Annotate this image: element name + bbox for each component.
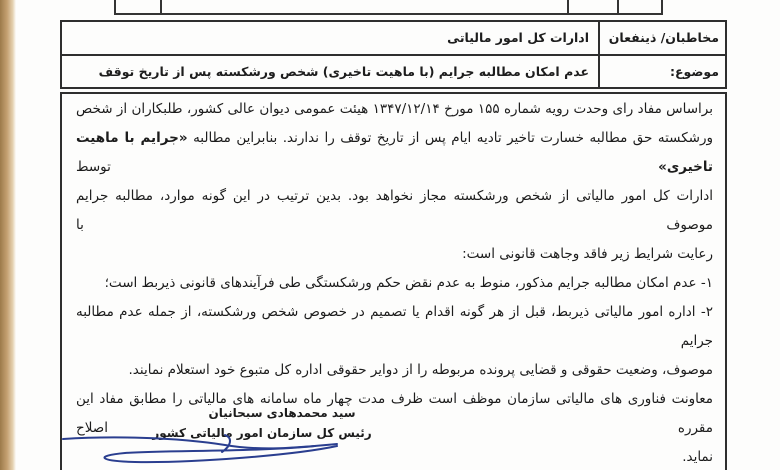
body-text: ۱- عدم امکان مطالبه جرایم مذکور، منوط به…	[105, 275, 713, 291]
table-border-line	[114, 0, 116, 13]
body-line: ۲- اداره امور مالیاتی ذیربط، قبل از هر گ…	[76, 298, 713, 356]
letter-body-box: براساس مفاد رای وحدت رویه شماره ۱۵۵ مورخ…	[60, 92, 727, 470]
addressees-label: مخاطبان/ ذینفعان	[598, 22, 725, 54]
scanned-letter-page: مخاطبان/ ذینفعان ادارات کل امور مالیاتی …	[0, 0, 780, 470]
letter-header-table: مخاطبان/ ذینفعان ادارات کل امور مالیاتی …	[60, 20, 727, 89]
body-text: ادارات کل امور مالیاتی از شخص ورشکسته مج…	[76, 188, 713, 233]
subject-value: عدم امکان مطالبه جرایم (با ماهیت تاخیری)…	[62, 56, 598, 88]
table-border-line	[617, 0, 619, 13]
body-line: موصوف، وضعیت حقوقی و قضایی پرونده مربوطه…	[76, 356, 713, 385]
body-text: موصوف، وضعیت حقوقی و قضایی پرونده مربوطه…	[129, 362, 714, 378]
body-text: نماید.	[682, 449, 713, 465]
signature-ink	[55, 425, 355, 470]
letter-body-text: براساس مفاد رای وحدت رویه شماره ۱۵۵ مورخ…	[76, 95, 713, 470]
signatory-name: سید محمدهادی سبحانیان	[208, 406, 355, 420]
table-border-line	[567, 0, 569, 13]
body-text: رعایت شرایط زیر فاقد وجاهت قانونی است:	[462, 246, 713, 262]
body-line: ادارات کل امور مالیاتی از شخص ورشکسته مج…	[76, 182, 713, 240]
table-border-line	[160, 0, 162, 13]
body-text: ورشکسته حق مطالبه خسارت تاخیر تادیه ایام…	[188, 130, 713, 146]
addressees-value: ادارات کل امور مالیاتی	[62, 22, 598, 54]
body-line: رعایت شرایط زیر فاقد وجاهت قانونی است:	[76, 240, 713, 269]
body-line: براساس مفاد رای وحدت رویه شماره ۱۵۵ مورخ…	[76, 95, 713, 124]
body-line: ورشکسته حق مطالبه خسارت تاخیر تادیه ایام…	[76, 124, 713, 182]
subject-row: موضوع: عدم امکان مطالبه جرایم (با ماهیت …	[62, 56, 725, 88]
addressees-row: مخاطبان/ ذینفعان ادارات کل امور مالیاتی	[62, 22, 725, 56]
body-text: ۲- اداره امور مالیاتی ذیربط، قبل از هر گ…	[76, 304, 713, 349]
body-text: براساس مفاد رای وحدت رویه شماره ۱۵۵ مورخ…	[76, 101, 713, 117]
table-border-line	[661, 0, 663, 13]
body-line: ۱- عدم امکان مطالبه جرایم مذکور، منوط به…	[76, 269, 713, 298]
subject-label: موضوع:	[598, 56, 725, 88]
top-partial-table	[114, 0, 663, 15]
body-text: توسط	[76, 159, 658, 175]
desk-edge-strip	[0, 0, 16, 470]
